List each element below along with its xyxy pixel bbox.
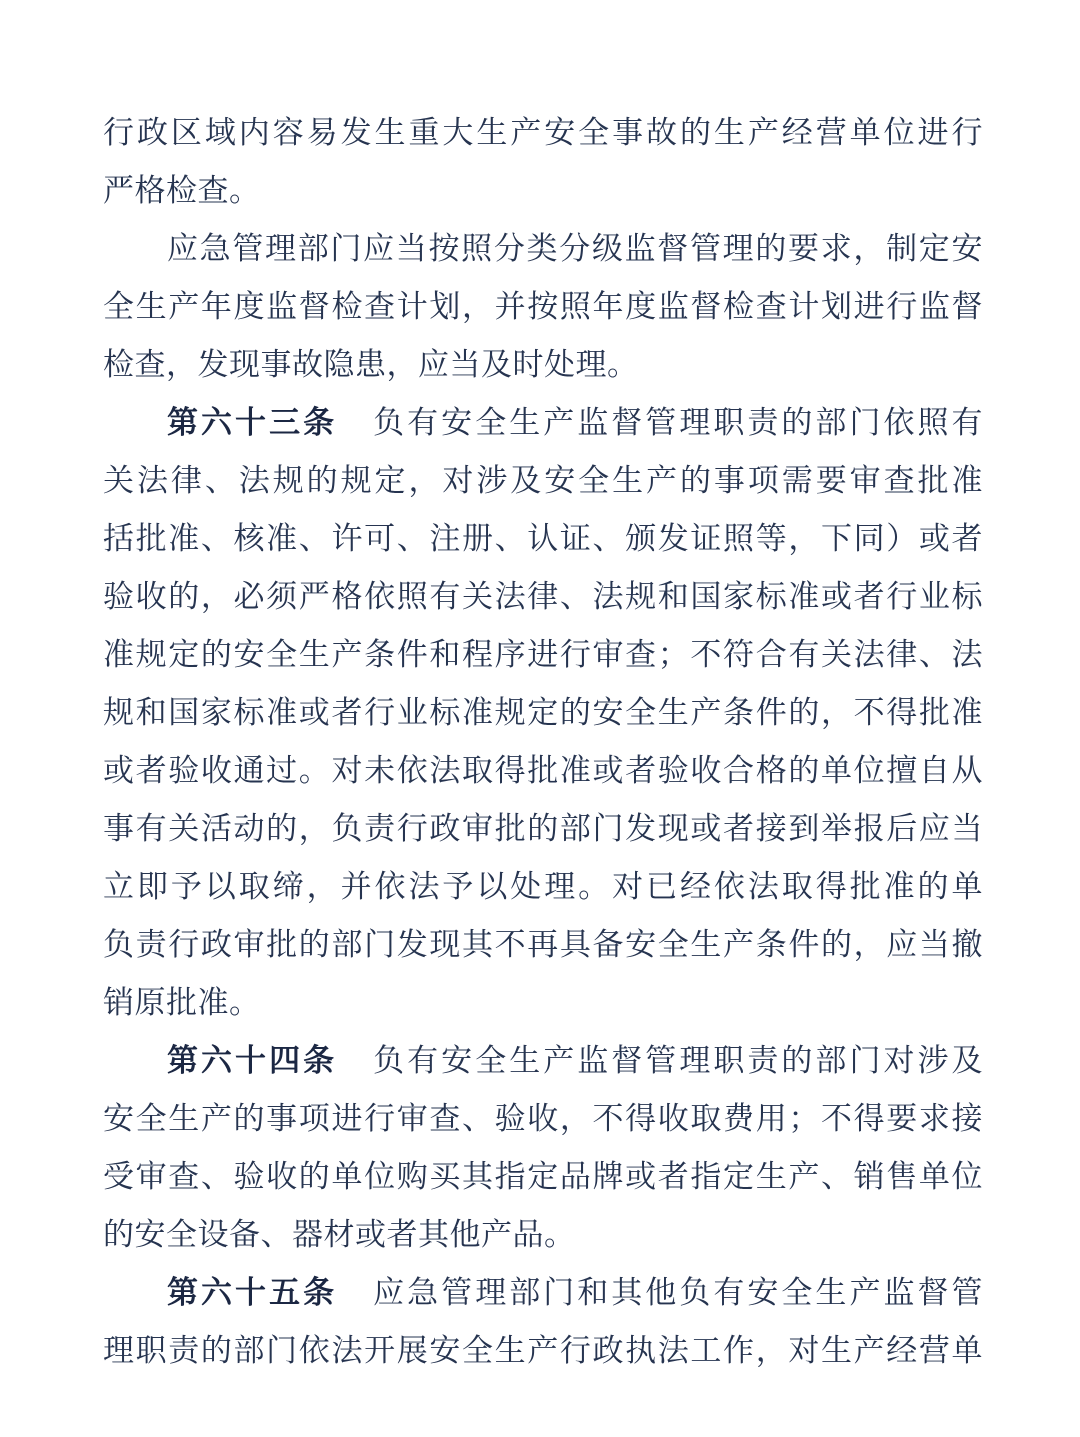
text-line: 验收的，必须严格依照有关法律、法规和国家标准或者行业标 <box>103 568 983 626</box>
text-line: 准规定的安全生产条件和程序进行审查；不符合有关法律、法 <box>103 626 983 684</box>
article-63-text: 负有安全生产监督管理职责的部门依照有 <box>373 405 983 440</box>
text-line: 受审查、验收的单位购买其指定品牌或者指定生产、销售单位 <box>103 1148 983 1206</box>
text-line: 行政区域内容易发生重大生产安全事故的生产经营单位进行 <box>103 104 983 162</box>
article-64-text: 负有安全生产监督管理职责的部门对涉及 <box>373 1043 983 1078</box>
text-line: 立即予以取缔，并依法予以处理。对已经依法取得批准的单位， <box>103 858 983 916</box>
article-65-text: 应急管理部门和其他负有安全生产监督管 <box>373 1275 983 1310</box>
article-63-number: 第六十三条 <box>167 405 337 440</box>
text-line: 或者验收通过。对未依法取得批准或者验收合格的单位擅自从 <box>103 742 983 800</box>
text-line: 的安全设备、器材或者其他产品。 <box>103 1206 983 1264</box>
article-64-number: 第六十四条 <box>167 1043 337 1078</box>
text-line: 安全生产的事项进行审查、验收，不得收取费用；不得要求接 <box>103 1090 983 1148</box>
text-line: 销原批准。 <box>103 974 983 1032</box>
text-line: 严格检查。 <box>103 162 983 220</box>
document-page: 行政区域内容易发生重大生产安全事故的生产经营单位进行 严格检查。 应急管理部门应… <box>0 0 1080 1437</box>
text-line: 规和国家标准或者行业标准规定的安全生产条件的，不得批准 <box>103 684 983 742</box>
text-line: 理职责的部门依法开展安全生产行政执法工作，对生产经营单 <box>103 1322 983 1380</box>
text-line: 括批准、核准、许可、注册、认证、颁发证照等，下同）或者 <box>103 510 983 568</box>
article-63-first-line: 第六十三条负有安全生产监督管理职责的部门依照有 <box>103 394 983 452</box>
text-line: 全生产年度监督检查计划，并按照年度监督检查计划进行监督 <box>103 278 983 336</box>
article-64-first-line: 第六十四条负有安全生产监督管理职责的部门对涉及 <box>103 1032 983 1090</box>
article-65-first-line: 第六十五条应急管理部门和其他负有安全生产监督管 <box>103 1264 983 1322</box>
text-line: 应急管理部门应当按照分类分级监督管理的要求，制定安 <box>103 220 983 278</box>
law-text-content: 行政区域内容易发生重大生产安全事故的生产经营单位进行 严格检查。 应急管理部门应… <box>103 104 983 1380</box>
text-line: 事有关活动的，负责行政审批的部门发现或者接到举报后应当 <box>103 800 983 858</box>
text-line: 检查，发现事故隐患，应当及时处理。 <box>103 336 983 394</box>
text-line: 负责行政审批的部门发现其不再具备安全生产条件的，应当撤 <box>103 916 983 974</box>
article-65-number: 第六十五条 <box>167 1275 337 1310</box>
text-line: 关法律、法规的规定，对涉及安全生产的事项需要审查批准（包 <box>103 452 983 510</box>
